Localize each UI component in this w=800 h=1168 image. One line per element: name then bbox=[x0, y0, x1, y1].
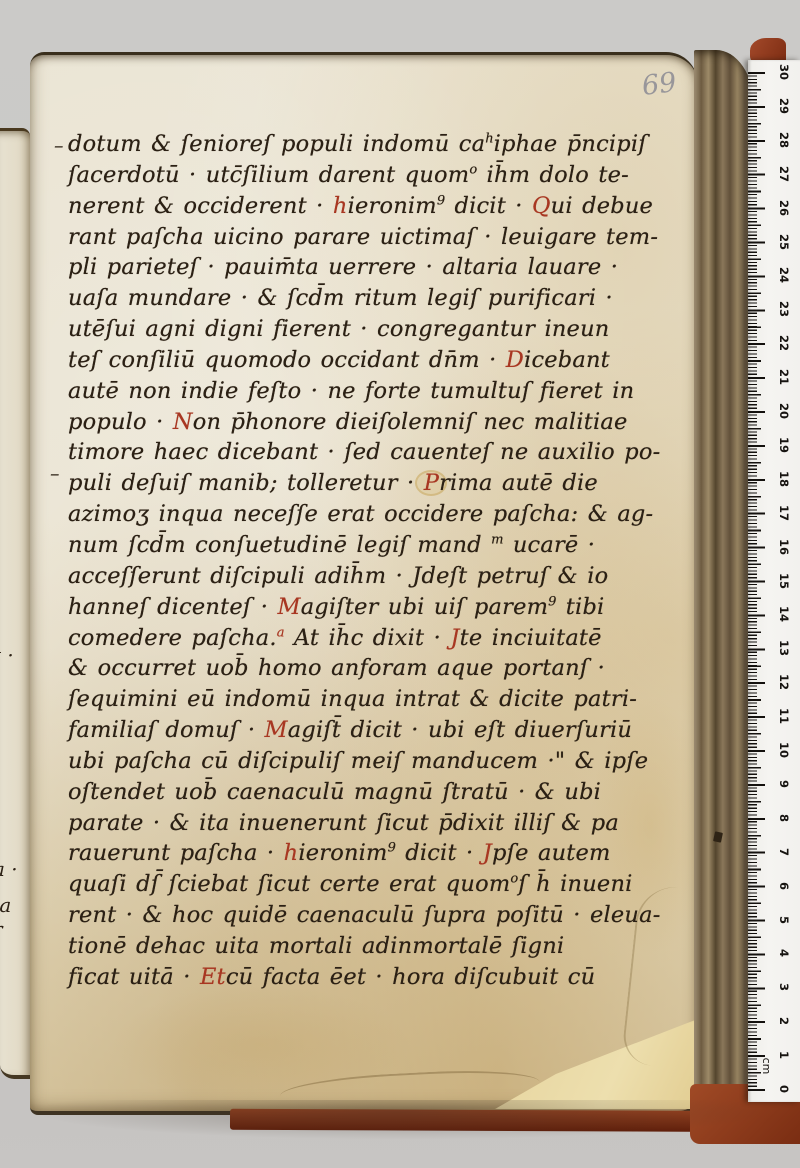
ruler-number: 4 bbox=[774, 942, 794, 964]
binding-bottom-edge bbox=[230, 1109, 800, 1132]
manuscript-line: nerent & occiderent · hieronim9 dicit · … bbox=[68, 193, 678, 224]
manuscript-line: autē non indie feſto · ne forte tumultuſ… bbox=[68, 378, 678, 409]
parchment-stain bbox=[110, 985, 410, 1105]
manuscript-line: dotum & ſenioreſ populi indomū cahiphae … bbox=[68, 131, 678, 162]
manuscript-line: rant paſcha uicino parare uictimaſ · leu… bbox=[68, 224, 678, 255]
ruler-number: 19 bbox=[774, 434, 794, 456]
manuscript-line: comedere paſcha.a At ih̄c dixit · Jte in… bbox=[68, 625, 678, 656]
manuscript-line: ſequimini eū indomū inqua intrat & dicit… bbox=[68, 686, 678, 717]
ruler-number: 14 bbox=[774, 603, 794, 625]
parchment-crease bbox=[279, 1066, 540, 1112]
ruler-number: 8 bbox=[774, 807, 794, 829]
ruler-number: 21 bbox=[774, 366, 794, 388]
manuscript-line: familiaſ domuſ · Magiſt̄ dicit · ubi eſt… bbox=[68, 717, 678, 748]
ruler-number: 20 bbox=[774, 400, 794, 422]
ruler-number: 27 bbox=[774, 163, 794, 185]
manuscript-page: dotum & ſenioreſ populi indomū cahiphae … bbox=[30, 52, 698, 1115]
ruler-number: 22 bbox=[774, 332, 794, 354]
ruler-number: 13 bbox=[774, 637, 794, 659]
manuscript-line: num ſcd̄m conſuetudinē legiſ mand m ucar… bbox=[68, 532, 678, 563]
manuscript-line: rauerunt paſcha · hieronim9 dicit · Jpſe… bbox=[68, 840, 678, 871]
manuscript-line: parate · & ita inuenerunt ſicut p̄dixit … bbox=[68, 810, 678, 841]
ruler-number: 12 bbox=[774, 671, 794, 693]
facing-page-text-fragment: a · bbox=[0, 857, 18, 881]
ruler-number: 17 bbox=[774, 502, 794, 524]
manuscript-line: rent · & hoc quidē caenaculū ſupra poſit… bbox=[68, 902, 678, 933]
manuscript-line: timore haec dicebant · ſed cauenteſ ne a… bbox=[68, 439, 678, 470]
manuscript-line: populo · Non p̄honore dieiſolemniſ nec m… bbox=[68, 409, 678, 440]
parchment-fold-patch bbox=[495, 1017, 698, 1109]
ruler-number: 25 bbox=[774, 231, 794, 253]
ruler-number: 0 bbox=[774, 1078, 794, 1100]
measuring-ruler: 3029282726252423222120191817161514131211… bbox=[748, 60, 800, 1102]
facing-page-text-fragment: r bbox=[0, 917, 3, 941]
ruler-number: 2 bbox=[774, 1010, 794, 1032]
ruler-number: 30 bbox=[774, 61, 794, 83]
ruler-number: 3 bbox=[774, 976, 794, 998]
facing-page-text-fragment: ia bbox=[0, 893, 11, 917]
fore-edge-page-stack bbox=[694, 50, 754, 1108]
ruler-number: 18 bbox=[774, 468, 794, 490]
ruler-number: 16 bbox=[774, 536, 794, 558]
photo-background: t ·a ·iar dotum & ſenioreſ populi indomū… bbox=[0, 0, 800, 1168]
manuscript-line: teſ conſiliū quomodo occidant dn̄m · Dic… bbox=[68, 347, 678, 378]
manuscript-line: acceſſerunt diſcipuli adih̄m · Jdeſt pet… bbox=[68, 563, 678, 594]
manuscript-text-block: dotum & ſenioreſ populi indomū cahiphae … bbox=[68, 131, 678, 995]
ruler-number: 15 bbox=[774, 570, 794, 592]
edge-ink-mark bbox=[713, 831, 723, 842]
ruler-number: 5 bbox=[774, 909, 794, 931]
ruler-cm-ticks bbox=[748, 72, 765, 1091]
manuscript-line: ficat uitā · Etcū facta ēet · hora diſcu… bbox=[68, 964, 678, 995]
ruler-number: 26 bbox=[774, 197, 794, 219]
manuscript-line: quaſi dſ̄ ſciebat ſicut certe erat quomo… bbox=[68, 871, 678, 902]
manuscript-line: puli deſuiſ manib; tolleretur · Prima au… bbox=[68, 470, 678, 501]
manuscript-line: ubi paſcha cū diſcipuliſ meiſ manducem ·… bbox=[68, 748, 678, 779]
manuscript-line: azimoʒ inqua neceſſe erat occidere paſch… bbox=[68, 501, 678, 532]
ruler-number: 10 bbox=[774, 739, 794, 761]
manuscript-line: tionē dehac uita mortali adinmortalē ſig… bbox=[68, 933, 678, 964]
manuscript-line: & occurret uob̄ homo anforam aque portan… bbox=[68, 655, 678, 686]
ruler-number: 29 bbox=[774, 95, 794, 117]
ruler-number: 7 bbox=[774, 841, 794, 863]
margin-mark: – bbox=[54, 135, 64, 157]
manuscript-line: ſacerdotū · utc̄ſilium darent quomo ih̄m… bbox=[68, 162, 678, 193]
facing-page-text-fragment: t · bbox=[0, 643, 14, 667]
ruler-number: 9 bbox=[774, 773, 794, 795]
ruler-number: 28 bbox=[774, 129, 794, 151]
manuscript-line: oſtendet uob̄ caenaculū magnū ſtratū · &… bbox=[68, 779, 678, 810]
margin-mark: – bbox=[50, 463, 60, 485]
ruler-number: 24 bbox=[774, 264, 794, 286]
manuscript-line: pli parieteſ · pauim̄ta uerrere · altari… bbox=[68, 254, 678, 285]
manuscript-line: uaſa mundare · & ſcd̄m ritum legiſ purif… bbox=[68, 285, 678, 316]
ruler-number: 23 bbox=[774, 298, 794, 320]
manuscript-line: utēſui agni digni fierent · congregantur… bbox=[68, 316, 678, 347]
ruler-number: 1 bbox=[774, 1044, 794, 1066]
ruler-number: 11 bbox=[774, 705, 794, 727]
ruler-unit-label: cm bbox=[756, 1055, 776, 1077]
manuscript-line: hanneſ dicenteſ · Magiſter ubi uiſ parem… bbox=[68, 594, 678, 625]
ruler-number: 6 bbox=[774, 875, 794, 897]
folio-number: 69 bbox=[640, 67, 678, 102]
